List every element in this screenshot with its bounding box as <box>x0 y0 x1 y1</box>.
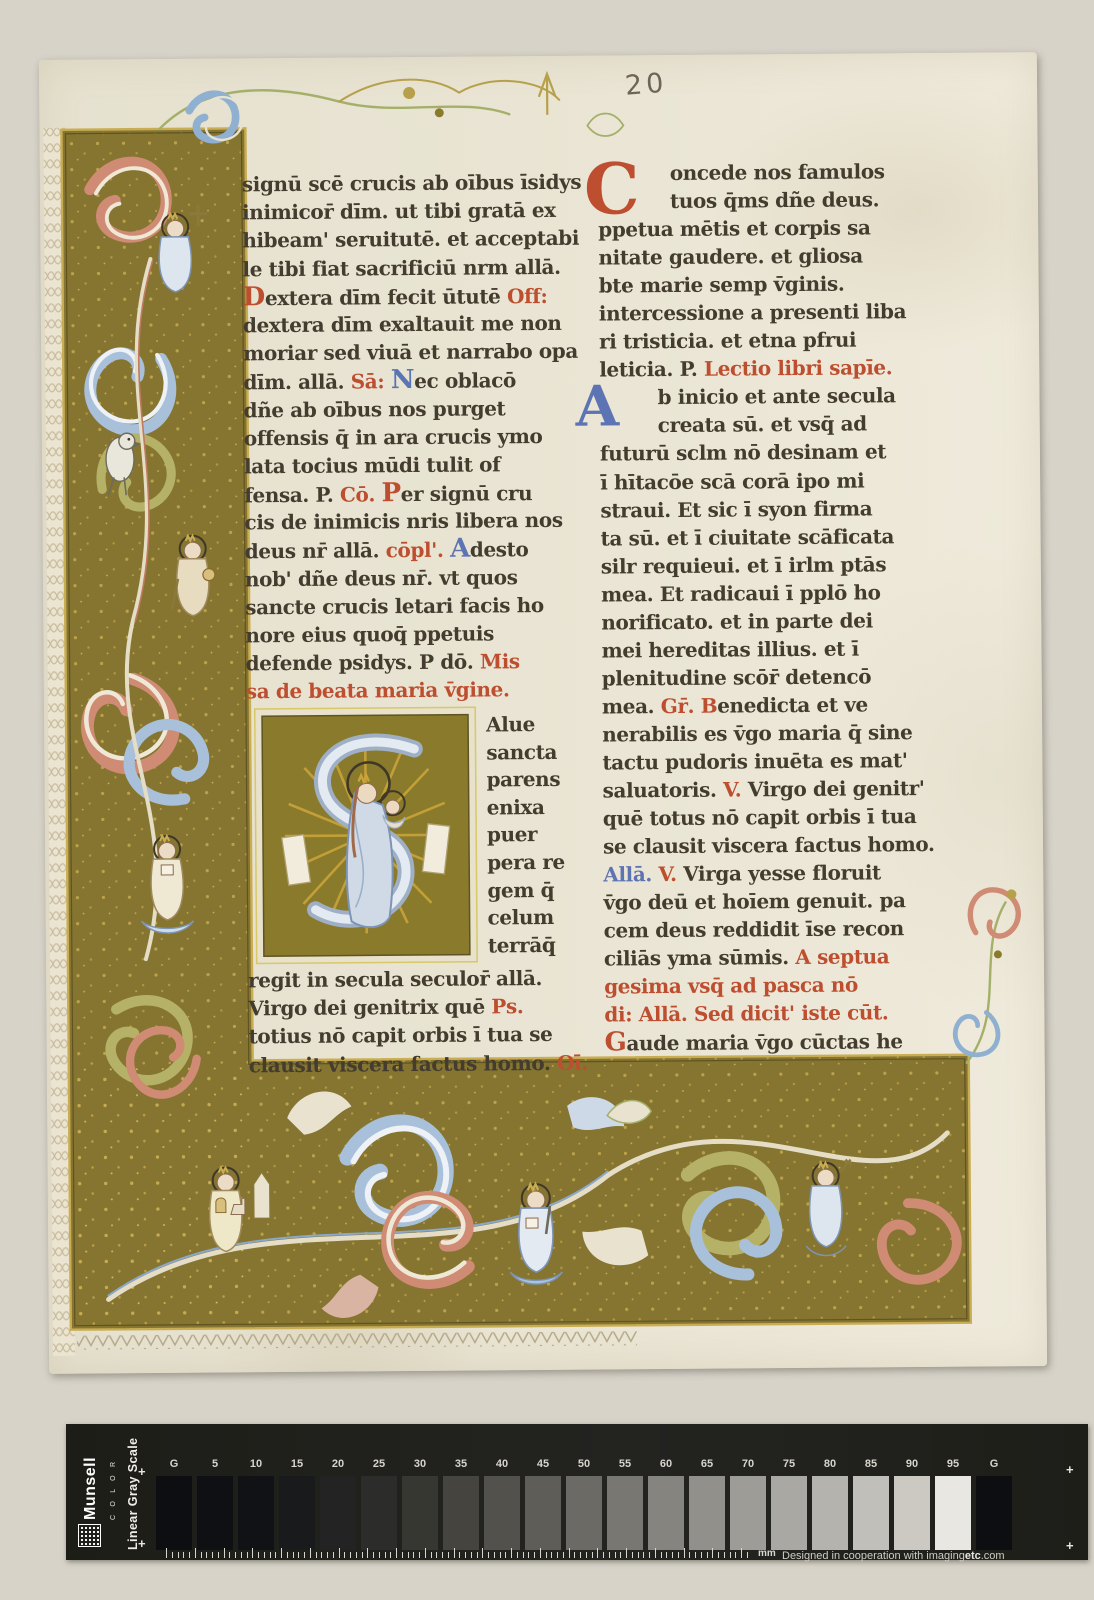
gray-patch <box>197 1476 233 1550</box>
text-line: celum <box>488 904 604 933</box>
gray-patch <box>156 1476 192 1550</box>
text-line: se clausit viscera factus homo. <box>603 830 955 861</box>
text-line: ri tristicia. et etna pfrui <box>599 325 951 356</box>
text-line: ta sū. et ī ciuitate scāficata <box>601 521 953 552</box>
text-line: tuos q̄ms dñe deus. <box>598 185 950 216</box>
gray-patch-row: G5101520253035404550556065707580859095G <box>66 1424 1088 1560</box>
text-line: nerabilis es v̄go maria q̄ sine <box>602 718 954 749</box>
gray-patch-label: 65 <box>689 1458 725 1470</box>
text-line: fensa. P. Cō. Per signū cru <box>244 478 596 509</box>
text-line: tactu pudoris inuēta es mat' <box>602 746 954 777</box>
gray-patch-label: 5 <box>197 1458 233 1470</box>
gray-patch-label: 30 <box>402 1458 438 1470</box>
gray-patch-label: 70 <box>730 1458 766 1470</box>
gray-patch-label: 25 <box>361 1458 397 1470</box>
gray-patch <box>812 1476 848 1550</box>
text-line: hibeam' seruitutē. et acceptabi <box>242 224 594 255</box>
manuscript-page: 20 signū scē crucis ab oībus īsidysinimi… <box>39 52 1047 1374</box>
text-line: bte marie semp v̄ginis. <box>599 269 951 300</box>
text-line: pera re <box>487 849 603 878</box>
text-line: gesima vsq̄ ad pasca nō <box>604 970 956 1001</box>
text-line: cem deus reddidit īse recon <box>604 914 956 945</box>
text-line: creata sū. et vsq̄ ad <box>600 409 952 440</box>
text-line: mea. Gr̄. Benedicta et ve <box>602 690 954 721</box>
gray-patch-label: 40 <box>484 1458 520 1470</box>
text-line: straui. Et sic ī syon firma <box>600 493 952 524</box>
top-flourish-vine <box>159 73 623 140</box>
text-line: gem q̄ <box>487 876 603 905</box>
gray-patch <box>238 1476 274 1550</box>
mm-ruler <box>166 1546 750 1560</box>
gray-patch <box>935 1476 971 1550</box>
text-column-left-bottom: regit in secula seculor̄ allā.Virgo dei … <box>248 964 601 1080</box>
text-line: mei hereditas illius. et ī <box>601 634 953 665</box>
text-line: norificato. et in parte dei <box>601 606 953 637</box>
text-column-left-beside-initial: Aluesanctaparensenixapuerpera regem q̄ce… <box>486 711 604 960</box>
gray-patch <box>771 1476 807 1550</box>
gray-patch-label: 10 <box>238 1458 274 1470</box>
gray-patch-label: 90 <box>894 1458 930 1470</box>
gray-patch-label: G <box>156 1458 192 1470</box>
text-line: puer <box>487 821 603 850</box>
text-line: b inicio et ante secula <box>599 381 951 412</box>
text-line: quē totus nō capit orbis ī tua <box>603 802 955 833</box>
gray-patch-label: 50 <box>566 1458 602 1470</box>
text-line: ciliās yma sūmis. A septua <box>604 942 956 973</box>
text-line: terrāq̄ <box>488 931 604 960</box>
text-line: totius nō capit orbis ī tua se <box>248 1020 600 1051</box>
gray-patch <box>853 1476 889 1550</box>
text-line: le tibi fiat sacrificiū nrm allā. <box>242 252 594 283</box>
text-line: plenitudine scōr̄ detencō <box>602 662 954 693</box>
text-line: clausit viscera factus homo. Oī. <box>249 1048 601 1079</box>
right-margin-flourish <box>951 881 1028 1063</box>
text-line: parens <box>486 766 602 795</box>
gray-patch <box>976 1476 1012 1550</box>
gray-patch <box>894 1476 930 1550</box>
credit-text: Designed in cooperation with imagingetc.… <box>782 1550 1005 1562</box>
gray-patch-label: 75 <box>771 1458 807 1470</box>
text-line: moriar sed viuā et narrabo opa <box>243 337 595 368</box>
gray-patch <box>648 1476 684 1550</box>
text-line: enixa <box>487 793 603 822</box>
text-line: ī hītacōe scā corā ipo mi <box>600 465 952 496</box>
text-line: lata tocius mūdi tulit of <box>244 449 596 480</box>
gray-patch-label: 45 <box>525 1458 561 1470</box>
text-line: silr requieui. et ī irlm ptās <box>601 549 953 580</box>
gray-patch-label: 15 <box>279 1458 315 1470</box>
gray-patch <box>320 1476 356 1550</box>
text-column-right: oncede nos famulostuos q̄ms dñe deus.ppe… <box>598 157 957 1057</box>
text-line: saluatoris. V. Virgo dei genitr' <box>603 774 955 805</box>
text-line: Gaude maria v̄go cūctas he <box>604 1026 956 1057</box>
text-line: cis de inimicis nris libera nos <box>244 506 596 537</box>
text-line: futurū sclm nō desinam et <box>600 437 952 468</box>
gray-patch-label: 60 <box>648 1458 684 1470</box>
gray-patch-label: 20 <box>320 1458 356 1470</box>
text-line: nore eius quoq̄ ppetuis <box>245 619 597 650</box>
gray-patch <box>402 1476 438 1550</box>
text-line: mea. Et radicaui ī pplō ho <box>601 577 953 608</box>
text-column-left: signū scē crucis ab oībus īsidysinimicor… <box>242 168 598 706</box>
gray-patch <box>279 1476 315 1550</box>
gray-patch <box>525 1476 561 1550</box>
text-line: nob' dñe deus nr̄. vt quos <box>245 562 597 593</box>
text-line: intercessione a presenti liba <box>599 297 951 328</box>
drop-cap-c: C <box>584 147 640 230</box>
gray-patch <box>566 1476 602 1550</box>
text-line: ppetua mētis et corpis sa <box>598 213 950 244</box>
text-line: signū scē crucis ab oībus īsidys <box>242 168 594 199</box>
gray-patch-label: G <box>976 1458 1012 1470</box>
text-line: dīm. allā. Sā: Nec oblacō <box>243 365 595 396</box>
text-line: di: Allā. Sed dicit' iste cūt. <box>604 998 956 1029</box>
gray-patch <box>361 1476 397 1550</box>
text-line: regit in secula seculor̄ allā. <box>248 964 600 995</box>
gray-patch-label: 80 <box>812 1458 848 1470</box>
folio-number: 20 <box>624 68 669 102</box>
gray-patch <box>443 1476 479 1550</box>
drop-cap-a: A <box>575 373 619 439</box>
text-line: offensis q̄ in ara crucis ymo <box>244 421 596 452</box>
text-line: sancte crucis letari facis ho <box>245 590 597 621</box>
gray-patch <box>689 1476 725 1550</box>
gray-patch-label: 85 <box>853 1458 889 1470</box>
gray-patch-label: 95 <box>935 1458 971 1470</box>
text-line: Dextera dīm fecit ūtutē Off: <box>243 280 595 311</box>
text-line: Allā. V. Virga yesse floruit <box>603 858 955 889</box>
text-line: sancta <box>486 738 602 767</box>
text-line: sa de beata maria v̄gine. <box>246 675 598 706</box>
text-line: deus nr̄ allā. cōpl'. Adesto <box>245 534 597 565</box>
text-line: dñe ab oībus nos purget <box>243 393 595 424</box>
initial-s-madonna-panel <box>254 707 478 965</box>
text-line: dextera dīm exaltauit me non <box>243 309 595 340</box>
munsell-gray-scale-bar: Munsell C O L O R Linear Gray Scale + + … <box>66 1424 1088 1560</box>
gray-patch-label: 55 <box>607 1458 643 1470</box>
ruler-unit-label: mm <box>758 1548 776 1559</box>
gray-patch-label: 35 <box>443 1458 479 1470</box>
text-line: leticia. P. Lectio libri sapīe. <box>599 353 951 384</box>
gray-patch <box>484 1476 520 1550</box>
gray-patch <box>730 1476 766 1550</box>
text-line: nitate gaudere. et gliosa <box>598 241 950 272</box>
sawtooth-trim <box>77 1331 637 1349</box>
text-line: Virgo dei genitrix quē Ps. <box>248 992 600 1023</box>
text-line: Alue <box>486 711 602 740</box>
text-line: defende psidys. P dō. Mis <box>245 647 597 678</box>
text-line: oncede nos famulos <box>598 157 950 188</box>
text-line: v̄go deū et hoīem genuit. pa <box>603 886 955 917</box>
text-line: inimicor̄ dīm. ut tibi gratā ex <box>242 196 594 227</box>
gray-patch <box>607 1476 643 1550</box>
